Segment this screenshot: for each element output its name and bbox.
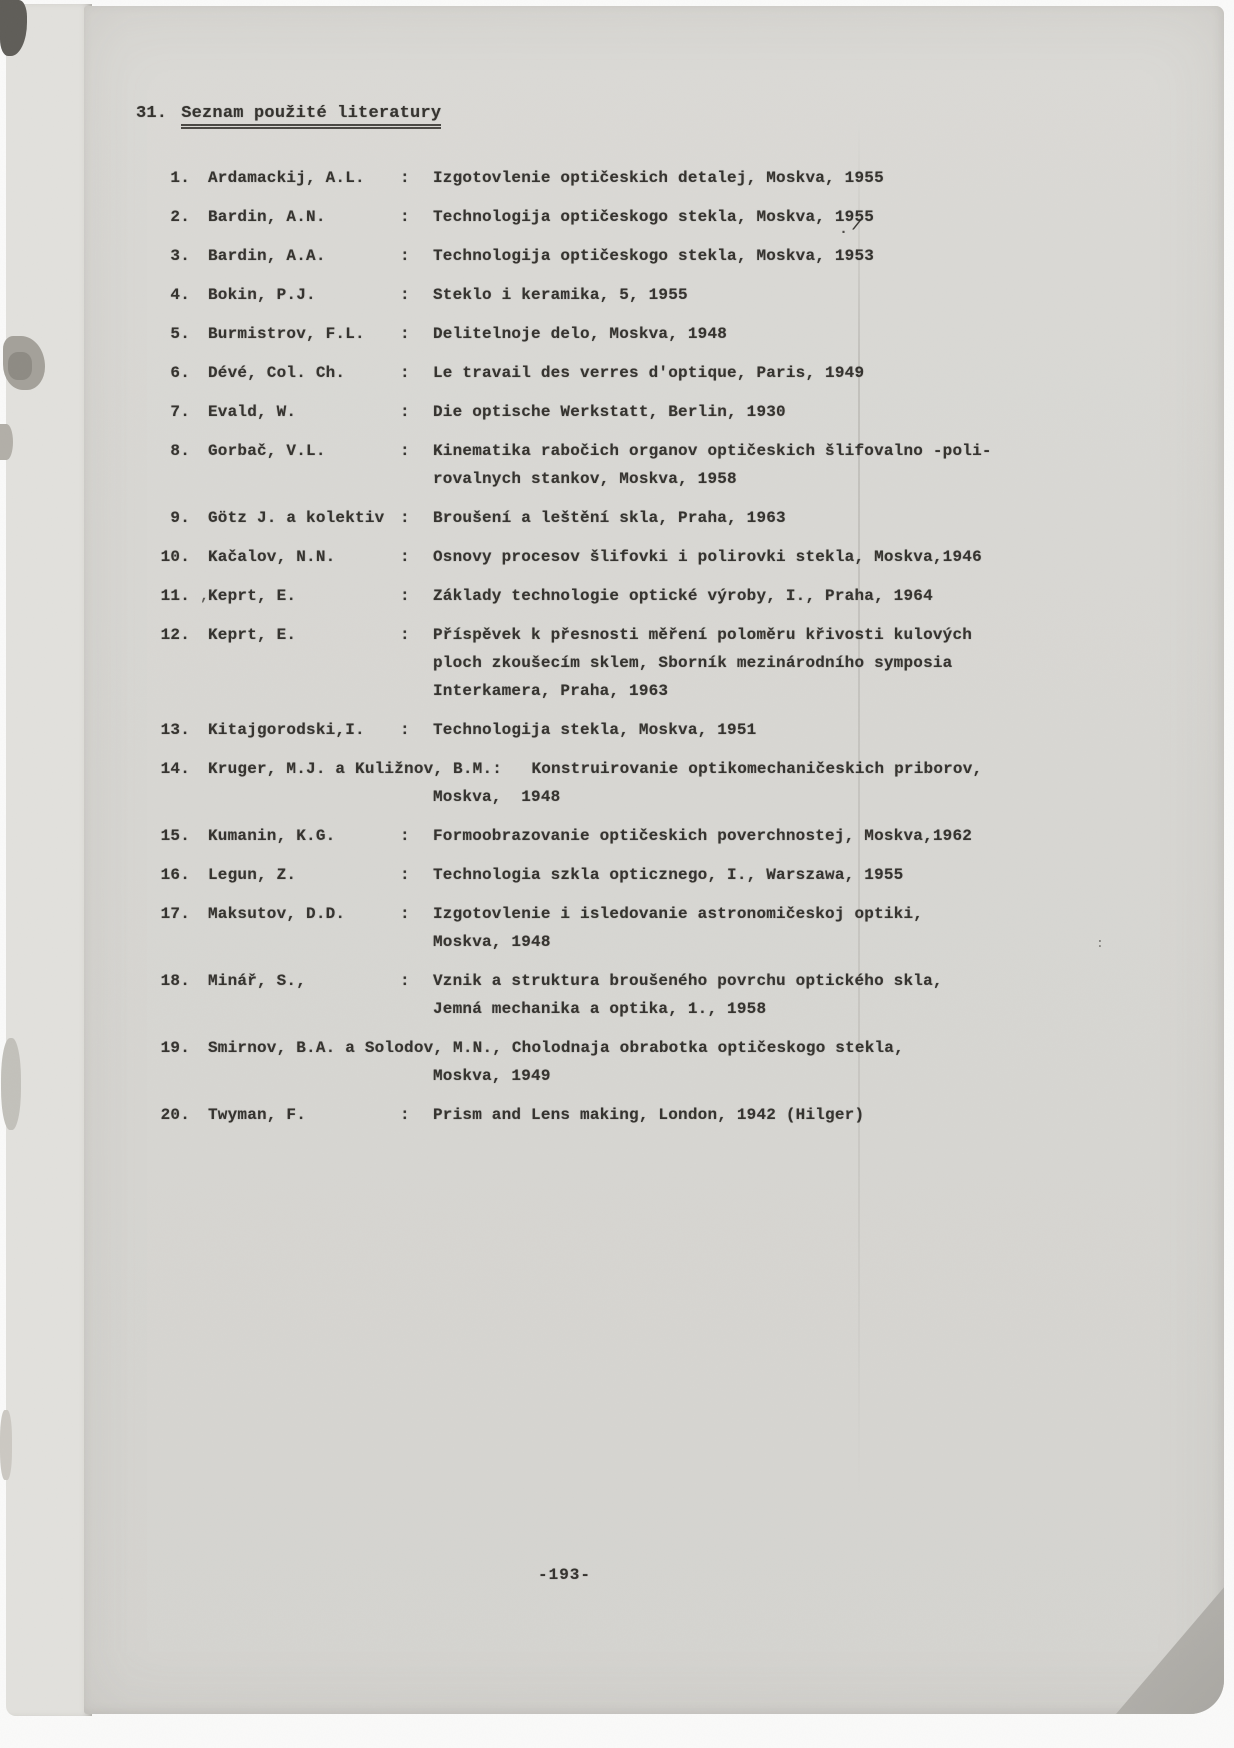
entry-title: Formoobrazovanie optičeskich poverchnost… [433, 822, 1150, 850]
bibliography-entry: 2.Bardin, A.N.:Technologija optičeskogo … [138, 203, 1150, 231]
bibliography-entry: 18.Minář, S.,:Vznik a struktura broušené… [138, 967, 1150, 1023]
bibliography-entry: 16.Legun, Z.:Technologia szkla opticzneg… [138, 861, 1150, 889]
entry-author: Gorbač, V.L. [190, 437, 400, 493]
entry-number: 3. [138, 242, 190, 270]
bibliography-entry: 19.Smirnov, B.A. a Solodov, M.N., Cholod… [138, 1034, 1150, 1090]
entry-separator: : [400, 242, 433, 270]
bibliography-list: 1.Ardamackij, A.L.:Izgotovlenie optičesk… [138, 164, 1150, 1140]
entry-separator: : [400, 621, 433, 705]
entry-separator: : [400, 398, 433, 426]
entry-number: 5. [138, 320, 190, 348]
entry-author: Minář, S., [190, 967, 400, 1023]
entry-number: 9. [138, 504, 190, 532]
entry-number: 2. [138, 203, 190, 231]
entry-title: Izgotovlenie i isledovanie astronomičesk… [433, 900, 1150, 956]
entry-title: Steklo i keramika, 5, 1955 [433, 281, 1150, 309]
entry-author: Kitajgorodski,I. [190, 716, 400, 744]
torn-page-edge [6, 4, 92, 1716]
entry-title: Broušení a leštění skla, Praha, 1963 [433, 504, 1150, 532]
entry-author: Keprt, E. [190, 621, 400, 705]
entry-separator: : [400, 359, 433, 387]
entry-author: Twyman, F. [190, 1101, 400, 1129]
entry-title: Prism and Lens making, London, 1942 (Hil… [433, 1101, 1150, 1129]
entry-title: Technologija stekla, Moskva, 1951 [433, 716, 1150, 744]
entry-number: 7. [138, 398, 190, 426]
entry-line: Technologija optičeskogo stekla, Moskva,… [433, 203, 1150, 231]
section-title: Seznam použité literatury [181, 104, 441, 129]
entry-number: 10. [138, 543, 190, 571]
entry-line: Příspěvek k přesnosti měření poloměru kř… [433, 621, 1150, 649]
entry-separator: : [400, 437, 433, 493]
entry-title: Technologija optičeskogo stekla, Moskva,… [433, 242, 1150, 270]
scan-smudge [0, 1410, 12, 1480]
entry-number: 20. [138, 1101, 190, 1129]
entry-title: Technologia szkla opticznego, I., Warsza… [433, 861, 1150, 889]
entry-author: Burmistrov, F.L. [190, 320, 400, 348]
bibliography-entry: 20.Twyman, F.:Prism and Lens making, Lon… [138, 1101, 1150, 1129]
entry-separator: : [400, 504, 433, 532]
entry-author: Ardamackij, A.L. [190, 164, 400, 192]
entry-text: Smirnov, B.A. a Solodov, M.N., Cholodnaj… [190, 1034, 1150, 1090]
entry-number: 13. [138, 716, 190, 744]
entry-separator: : [400, 967, 433, 1023]
entry-title: Technologija optičeskogo stekla, Moskva,… [433, 203, 1150, 231]
entry-title: Základy technologie optické výroby, I., … [433, 582, 1150, 610]
entry-title: Kinematika rabočich organov optičeskich … [433, 437, 1150, 493]
entry-author: Maksutov, D.D. [190, 900, 400, 956]
folded-corner [1116, 1586, 1224, 1714]
entry-line: Broušení a leštění skla, Praha, 1963 [433, 504, 1150, 532]
entry-number: 11. [138, 582, 190, 610]
entry-text: Kruger, M.J. a Kuližnov, B.M.: Konstruir… [190, 755, 1150, 811]
entry-line: Kruger, M.J. a Kuližnov, B.M.: Konstruir… [208, 755, 1150, 783]
entry-number: 4. [138, 281, 190, 309]
bibliography-entry: 1.Ardamackij, A.L.:Izgotovlenie optičesk… [138, 164, 1150, 192]
entry-title: Le travail des verres d'optique, Paris, … [433, 359, 1150, 387]
entry-separator: : [400, 203, 433, 231]
entry-line: Die optische Werkstatt, Berlin, 1930 [433, 398, 1150, 426]
entry-separator: : [400, 1101, 433, 1129]
entry-title: Osnovy procesov šlifovki i polirovki ste… [433, 543, 1150, 571]
entry-line: Izgotovlenie i isledovanie astronomičesk… [433, 900, 1150, 928]
page-number: -193- [538, 1566, 591, 1584]
entry-author: Dévé, Col. Ch. [190, 359, 400, 387]
bibliography-entry: 4.Bokin, P.J.:Steklo i keramika, 5, 1955 [138, 281, 1150, 309]
entry-line: Technologija stekla, Moskva, 1951 [433, 716, 1150, 744]
bibliography-entry: 5.Burmistrov, F.L.:Delitelnoje delo, Mos… [138, 320, 1150, 348]
entry-line: Základy technologie optické výroby, I., … [433, 582, 1150, 610]
entry-line: rovalnych stankov, Moskva, 1958 [433, 465, 1150, 493]
entry-number: 17. [138, 900, 190, 956]
entry-separator: : [400, 716, 433, 744]
entry-author: Bardin, A.A. [190, 242, 400, 270]
entry-separator: : [400, 582, 433, 610]
entry-separator: : [400, 543, 433, 571]
entry-line: Osnovy procesov šlifovki i polirovki ste… [433, 543, 1150, 571]
entry-author: Kumanin, K.G. [190, 822, 400, 850]
entry-line: Formoobrazovanie optičeskich poverchnost… [433, 822, 1150, 850]
entry-line: Kinematika rabočich organov optičeskich … [433, 437, 1150, 465]
section-number: 31. [136, 104, 167, 129]
entry-author: Götz J. a kolektiv [190, 504, 400, 532]
entry-line: ploch zkoušecím sklem, Sborník mezinárod… [433, 649, 1150, 677]
scan-smudge [8, 352, 32, 380]
entry-author: Keprt, E. [190, 582, 400, 610]
entry-number: 6. [138, 359, 190, 387]
entry-line: Moskva, 1949 [208, 1062, 1150, 1090]
entry-title: Die optische Werkstatt, Berlin, 1930 [433, 398, 1150, 426]
entry-number: 15. [138, 822, 190, 850]
bibliography-entry: 8.Gorbač, V.L.:Kinematika rabočich organ… [138, 437, 1150, 493]
entry-line: Moskva, 1948 [433, 928, 1150, 956]
bibliography-entry: 10.Kačalov, N.N.:Osnovy procesov šlifovk… [138, 543, 1150, 571]
entry-line: Steklo i keramika, 5, 1955 [433, 281, 1150, 309]
stray-ink-mark: , [200, 588, 209, 605]
entry-title: Příspěvek k přesnosti měření poloměru kř… [433, 621, 1150, 705]
entry-separator: : [400, 861, 433, 889]
bibliography-entry: 14.Kruger, M.J. a Kuližnov, B.M.: Konstr… [138, 755, 1150, 811]
scan-smudge [1, 1038, 21, 1130]
entry-line: Technologia szkla opticznego, I., Warsza… [433, 861, 1150, 889]
bibliography-entry: 11.Keprt, E.:Základy technologie optické… [138, 582, 1150, 610]
entry-separator: : [400, 281, 433, 309]
entry-title: Izgotovlenie optičeskich detalej, Moskva… [433, 164, 1150, 192]
entry-line: Moskva, 1948 [208, 783, 1150, 811]
entry-number: 1. [138, 164, 190, 192]
entry-line: Le travail des verres d'optique, Paris, … [433, 359, 1150, 387]
entry-author: Bardin, A.N. [190, 203, 400, 231]
entry-author: Bokin, P.J. [190, 281, 400, 309]
entry-line: Technologija optičeskogo stekla, Moskva,… [433, 242, 1150, 270]
bibliography-entry: 9.Götz J. a kolektiv:Broušení a leštění … [138, 504, 1150, 532]
bibliography-entry: 17.Maksutov, D.D.:Izgotovlenie i isledov… [138, 900, 1150, 956]
bibliography-entry: 7.Evald, W.:Die optische Werkstatt, Berl… [138, 398, 1150, 426]
entry-line: Smirnov, B.A. a Solodov, M.N., Cholodnaj… [208, 1034, 1150, 1062]
entry-separator: : [400, 320, 433, 348]
entry-line: Vznik a struktura broušeného povrchu opt… [433, 967, 1150, 995]
bibliography-entry: 15.Kumanin, K.G.:Formoobrazovanie optiče… [138, 822, 1150, 850]
scan-smudge [0, 424, 13, 460]
entry-line: Prism and Lens making, London, 1942 (Hil… [433, 1101, 1150, 1129]
ink-speck: : [1096, 936, 1104, 951]
entry-line: Delitelnoje delo, Moskva, 1948 [433, 320, 1150, 348]
entry-title: Delitelnoje delo, Moskva, 1948 [433, 320, 1150, 348]
entry-number: 14. [138, 755, 190, 811]
entry-number: 16. [138, 861, 190, 889]
entry-separator: : [400, 822, 433, 850]
entry-line: Jemná mechanika a optika, 1., 1958 [433, 995, 1150, 1023]
bibliography-entry: 6.Dévé, Col. Ch.:Le travail des verres d… [138, 359, 1150, 387]
section-heading: 31. Seznam použité literatury [136, 104, 441, 129]
entry-separator: : [400, 900, 433, 956]
entry-author: Evald, W. [190, 398, 400, 426]
entry-line: Izgotovlenie optičeskich detalej, Moskva… [433, 164, 1150, 192]
bibliography-entry: 13.Kitajgorodski,I.:Technologija stekla,… [138, 716, 1150, 744]
pen-mark-dot: · [839, 224, 848, 241]
entry-line: Interkamera, Praha, 1963 [433, 677, 1150, 705]
bibliography-entry: 3.Bardin, A.A.:Technologija optičeskogo … [138, 242, 1150, 270]
entry-number: 12. [138, 621, 190, 705]
entry-number: 8. [138, 437, 190, 493]
bibliography-entry: 12.Keprt, E.:Příspěvek k přesnosti měřen… [138, 621, 1150, 705]
entry-number: 19. [138, 1034, 190, 1090]
entry-author: Legun, Z. [190, 861, 400, 889]
entry-title: Vznik a struktura broušeného povrchu opt… [433, 967, 1150, 1023]
entry-author: Kačalov, N.N. [190, 543, 400, 571]
entry-separator: : [400, 164, 433, 192]
scanned-page: 31. Seznam použité literatury 1.Ardamack… [0, 0, 1234, 1748]
entry-number: 18. [138, 967, 190, 1023]
